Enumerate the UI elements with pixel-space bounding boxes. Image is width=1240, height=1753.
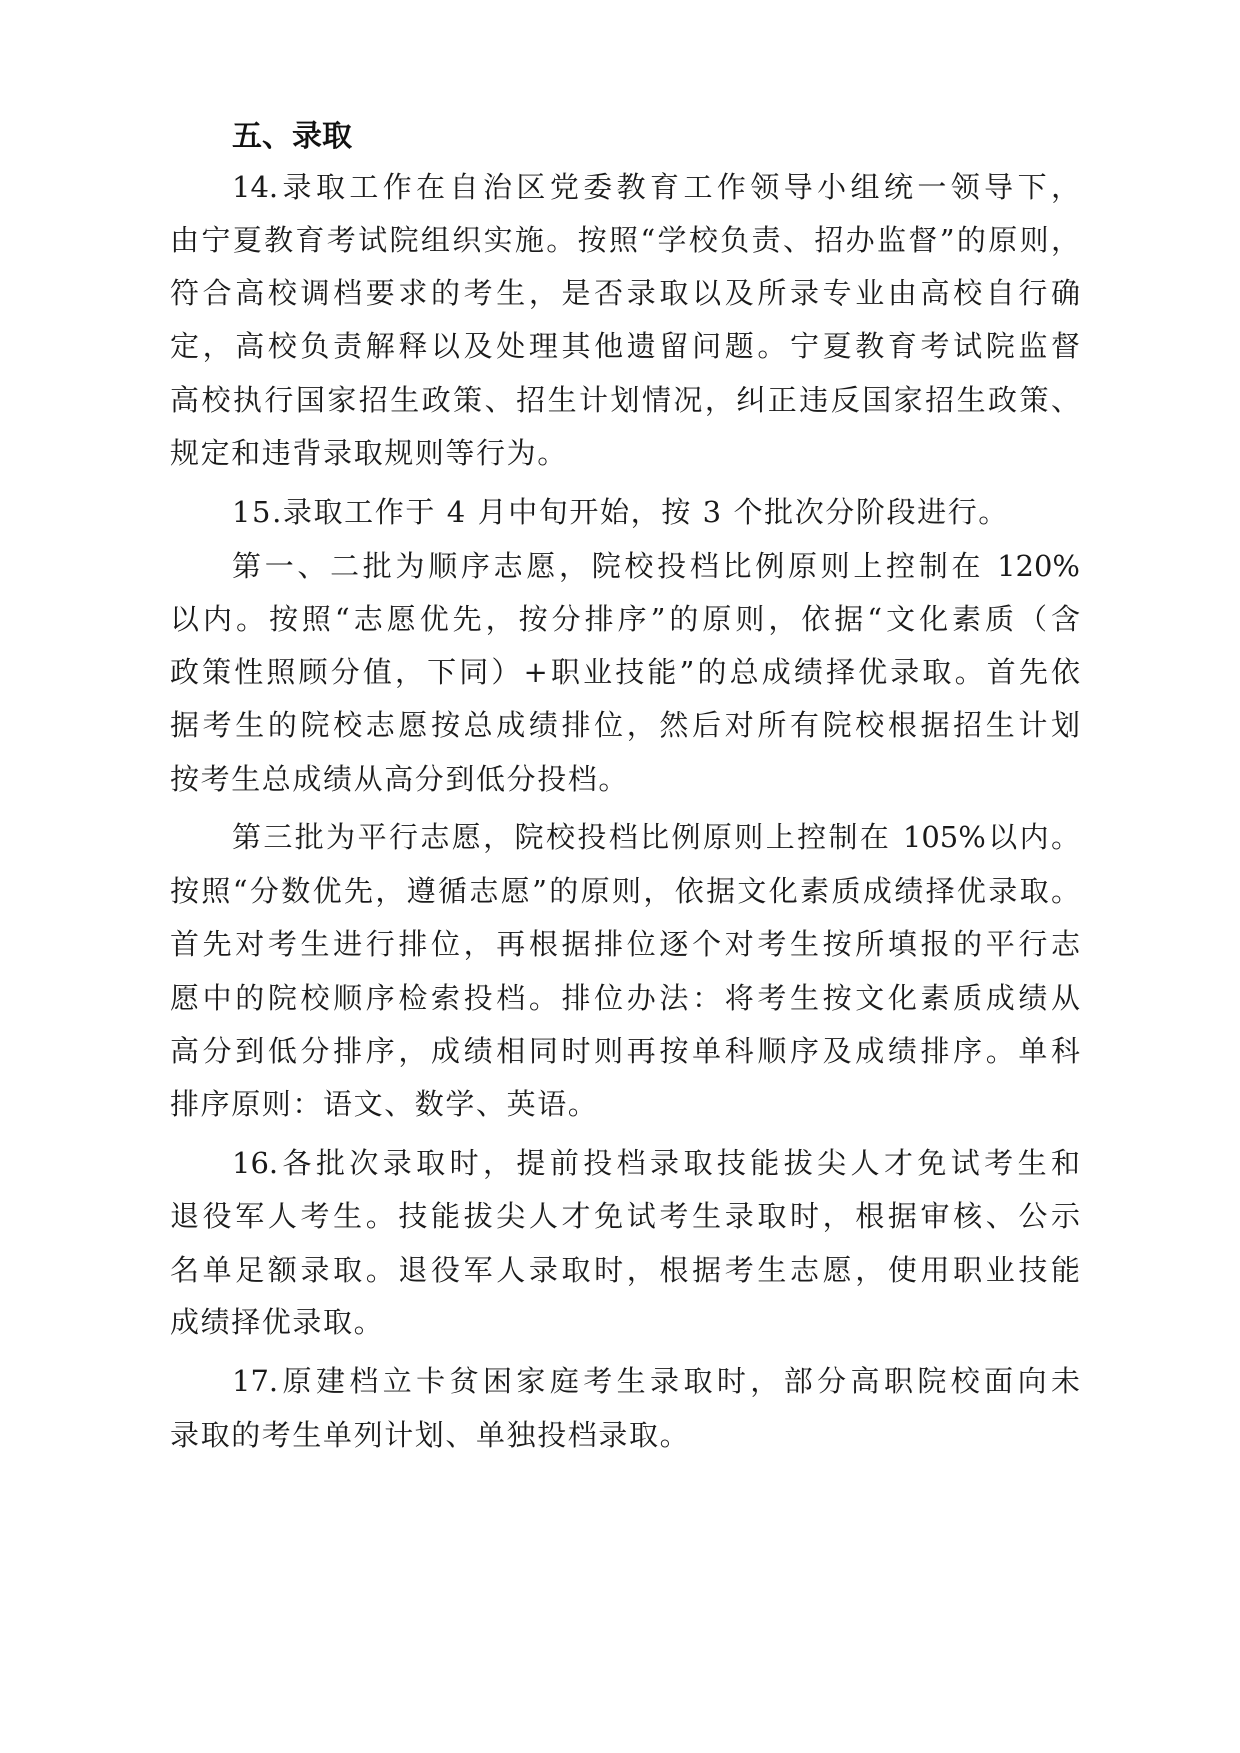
text-line: 16.各批次录取时，提前投档录取技能拔尖人才免试考生和: [232, 1143, 1080, 1183]
text-line: 录取的考生单列计划、单独投档录取。: [170, 1415, 1080, 1455]
text-line: 高分到低分排序，成绩相同时则再按单科顺序及成绩排序。单科: [170, 1031, 1080, 1071]
text-line: 排序原则：语文、数学、英语。: [170, 1084, 1080, 1124]
text-line: 第三批为平行志愿，院校投档比例原则上控制在 105%以内。: [232, 817, 1080, 857]
text-line: 14.录取工作在自治区党委教育工作领导小组统一领导下，: [232, 167, 1080, 207]
text-line: 政策性照顾分值，下同）+职业技能”的总成绩择优录取。首先依: [170, 652, 1080, 692]
text-line: 愿中的院校顺序检索投档。排位办法：将考生按文化素质成绩从: [170, 978, 1080, 1018]
text-line: 成绩择优录取。: [170, 1302, 1080, 1342]
text-line: 定，高校负责解释以及处理其他遗留问题。宁夏教育考试院监督: [170, 326, 1080, 366]
section-heading: 五、录取: [232, 115, 352, 159]
text-line: 以内。按照“志愿优先，按分排序”的原则，依据“文化素质（含: [170, 599, 1080, 639]
text-line: 15.录取工作于 4 月中旬开始，按 3 个批次分阶段进行。: [232, 492, 1080, 532]
text-line: 由宁夏教育考试院组织实施。按照“学校负责、招办监督”的原则，: [170, 220, 1080, 260]
text-line: 据考生的院校志愿按总成绩排位，然后对所有院校根据招生计划: [170, 705, 1080, 745]
text-line: 第一、二批为顺序志愿，院校投档比例原则上控制在 120%: [232, 546, 1080, 586]
text-line: 名单足额录取。退役军人录取时，根据考生志愿，使用职业技能: [170, 1250, 1080, 1290]
text-line: 17.原建档立卡贫困家庭考生录取时，部分高职院校面向未: [232, 1361, 1080, 1401]
text-line: 首先对考生进行排位，再根据排位逐个对考生按所填报的平行志: [170, 924, 1080, 964]
text-line: 规定和违背录取规则等行为。: [170, 433, 1080, 473]
text-line: 符合高校调档要求的考生，是否录取以及所录专业由高校自行确: [170, 273, 1080, 313]
text-line: 按照“分数优先，遵循志愿”的原则，依据文化素质成绩择优录取。: [170, 871, 1080, 911]
text-line: 退役军人考生。技能拔尖人才免试考生录取时，根据审核、公示: [170, 1196, 1080, 1236]
text-line: 按考生总成绩从高分到低分投档。: [170, 759, 1080, 799]
document-page: 五、录取 14.录取工作在自治区党委教育工作领导小组统一领导下， 由宁夏教育考试…: [0, 0, 1240, 1753]
text-line: 高校执行国家招生政策、招生计划情况，纠正违反国家招生政策、: [170, 380, 1080, 420]
